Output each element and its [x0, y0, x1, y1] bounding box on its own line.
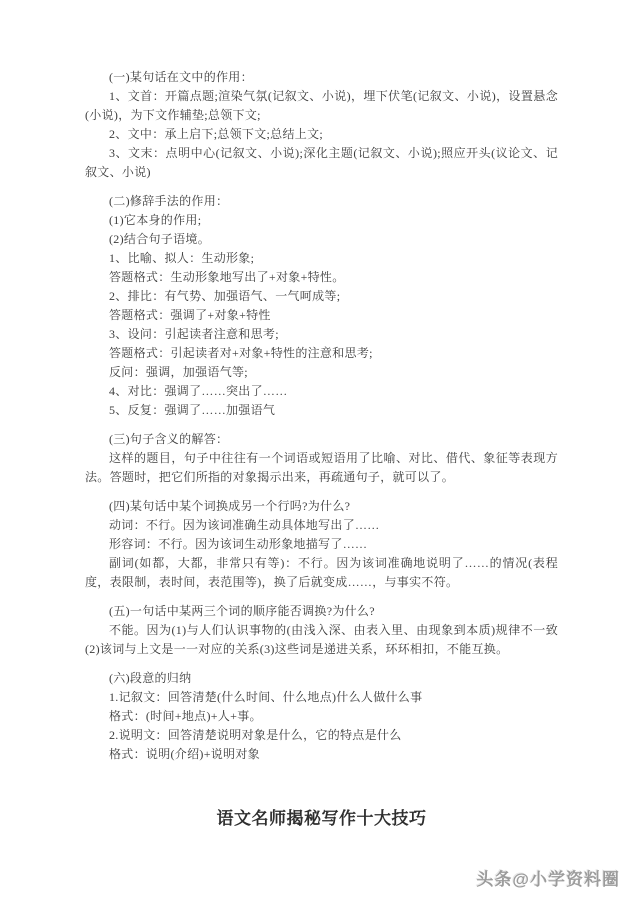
- sections-container: (一)某句话在文中的作用：1、文首：开篇点题;渲染气氛(记叙文、小说)，埋下伏笔…: [85, 68, 558, 764]
- paragraph: 2、文中：承上启下;总领下文;总结上文;: [85, 125, 558, 144]
- paragraph: (四)某句话中某个词换成另一个行吗?为什么?: [85, 497, 558, 516]
- document-page: (一)某句话在文中的作用：1、文首：开篇点题;渲染气氛(记叙文、小说)，埋下伏笔…: [0, 0, 640, 905]
- paragraph: 2.说明文：回答清楚说明对象是什么，它的特点是什么: [85, 726, 558, 745]
- paragraph: 1.记叙文：回答清楚(什么时间、什么地点)什么人做什么事: [85, 688, 558, 707]
- document-title: 语文名师揭秘写作十大技巧: [85, 808, 558, 830]
- paragraph: 1、文首：开篇点题;渲染气氛(记叙文、小说)，埋下伏笔(记叙文、小说)，设置悬念…: [85, 87, 558, 125]
- document-section: (二)修辞手法的作用：(1)它本身的作用;(2)结合句子语境。1、比喻、拟人：生…: [85, 192, 558, 420]
- document-section: (一)某句话在文中的作用：1、文首：开篇点题;渲染气氛(记叙文、小说)，埋下伏笔…: [85, 68, 558, 182]
- watermark-text: 头条@小学资料圈: [476, 869, 620, 891]
- paragraph: 格式：(时间+地点)+人+事。: [85, 707, 558, 726]
- paragraph: 反问：强调，加强语气等;: [85, 363, 558, 382]
- paragraph: 形容词：不行。因为该词生动形象地描写了……: [85, 535, 558, 554]
- paragraph: (一)某句话在文中的作用：: [85, 68, 558, 87]
- paragraph: 格式：说明(介绍)+说明对象: [85, 745, 558, 764]
- paragraph: (1)它本身的作用;: [85, 211, 558, 230]
- paragraph: 动词：不行。因为该词准确生动具体地写出了……: [85, 516, 558, 535]
- paragraph: 不能。因为(1)与人们认识事物的(由浅入深、由表入里、由现象到本质)规律不一致(…: [85, 621, 558, 659]
- paragraph: (二)修辞手法的作用：: [85, 192, 558, 211]
- paragraph: 5、反复：强调了……加强语气: [85, 401, 558, 420]
- paragraph: (三)句子含义的解答：: [85, 430, 558, 449]
- document-section: (四)某句话中某个词换成另一个行吗?为什么?动词：不行。因为该词准确生动具体地写…: [85, 497, 558, 592]
- paragraph: 答题格式：引起读者对+对象+特性的注意和思考;: [85, 344, 558, 363]
- document-section: (五)一句话中某两三个词的顺序能否调换?为什么?不能。因为(1)与人们认识事物的…: [85, 602, 558, 659]
- paragraph: 答题格式：生动形象地写出了+对象+特性。: [85, 268, 558, 287]
- paragraph: 2、排比：有气势、加强语气、一气呵成等;: [85, 287, 558, 306]
- document-section: (三)句子含义的解答：这样的题目，句子中往往有一个词语或短语用了比喻、对比、借代…: [85, 430, 558, 487]
- paragraph: (五)一句话中某两三个词的顺序能否调换?为什么?: [85, 602, 558, 621]
- paragraph: 3、文末：点明中心(记叙文、小说);深化主题(记叙文、小说);照应开头(议论文、…: [85, 144, 558, 182]
- document-section: (六)段意的归纳1.记叙文：回答清楚(什么时间、什么地点)什么人做什么事格式：(…: [85, 669, 558, 764]
- paragraph: 3、设问：引起读者注意和思考;: [85, 325, 558, 344]
- paragraph: 4、对比：强调了……突出了……: [85, 382, 558, 401]
- paragraph: (2)结合句子语境。: [85, 230, 558, 249]
- document-content: (一)某句话在文中的作用：1、文首：开篇点题;渲染气氛(记叙文、小说)，埋下伏笔…: [85, 68, 558, 830]
- paragraph: 副词(如都，大都，非常只有等)：不行。因为该词准确地说明了……的情况(表程度，表…: [85, 554, 558, 592]
- paragraph: 1、比喻、拟人：生动形象;: [85, 249, 558, 268]
- paragraph: (六)段意的归纳: [85, 669, 558, 688]
- paragraph: 这样的题目，句子中往往有一个词语或短语用了比喻、对比、借代、象征等表现方法。答题…: [85, 449, 558, 487]
- paragraph: 答题格式：强调了+对象+特性: [85, 306, 558, 325]
